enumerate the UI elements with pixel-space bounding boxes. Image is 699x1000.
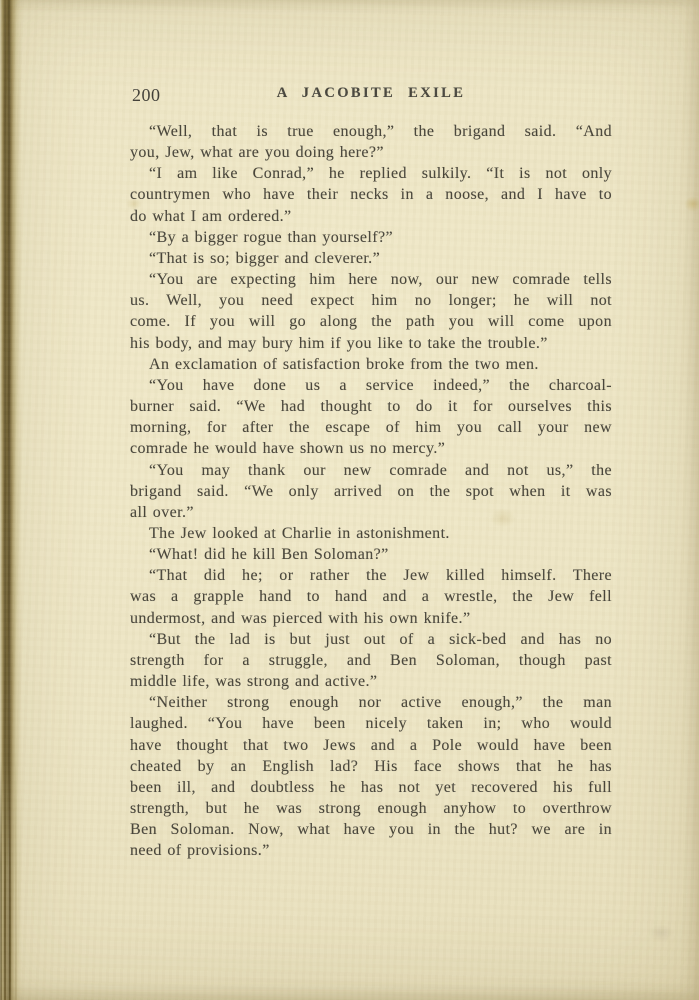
text-line: burner said. “We had thought to do it fo… (130, 396, 612, 417)
paragraph: “You have done us a service indeed,” the… (130, 375, 612, 460)
text-line: you, Jew, what are you doing here?” (130, 142, 612, 163)
text-line: was a grapple hand to hand and a wrestle… (130, 586, 612, 607)
text-line: laughed. “You have been nicely taken in;… (130, 713, 612, 734)
text-line: countrymen who have their necks in a noo… (130, 184, 612, 205)
text-line: “Well, that is true enough,” the brigand… (130, 121, 612, 142)
running-head: 200 A JACOBITE EXILE (130, 85, 612, 102)
paragraph: “Neither strong enough nor active enough… (130, 692, 612, 861)
paper-stain (684, 196, 699, 212)
text-line: “What! did he kill Ben Soloman?” (130, 544, 612, 565)
paragraph: “Well, that is true enough,” the brigand… (130, 121, 612, 163)
text-line: “I am like Conrad,” he replied sulkily. … (130, 163, 612, 184)
text-line: “Neither strong enough nor active enough… (130, 692, 612, 713)
paragraph: “You are expecting him here now, our new… (130, 269, 612, 354)
paragraph: An exclamation of satisfaction broke fro… (130, 354, 612, 375)
text-line: all over.” (130, 502, 612, 523)
text-line: strength, but he was strong enough anyho… (130, 798, 612, 819)
paragraph: “You may thank our new comrade and not u… (130, 460, 612, 523)
paragraph: “By a bigger rogue than yourself?” (130, 227, 612, 248)
paragraph: The Jew looked at Charlie in astonishmen… (130, 523, 612, 544)
page-number: 200 (132, 85, 161, 106)
text-line: “But the lad is but just out of a sick-b… (130, 629, 612, 650)
text-line: middle life, was strong and active.” (130, 671, 612, 692)
text-line: “By a bigger rogue than yourself?” (130, 227, 612, 248)
paragraph: “That is so; bigger and cleverer.” (130, 248, 612, 269)
text-line: An exclamation of satisfaction broke fro… (130, 354, 612, 375)
text-line: need of provisions.” (130, 840, 612, 861)
paper-stain (648, 924, 674, 942)
text-line: cheated by an English lad? His face show… (130, 756, 612, 777)
paragraph: “But the lad is but just out of a sick-b… (130, 629, 612, 692)
paragraph: “I am like Conrad,” he replied sulkily. … (130, 163, 612, 226)
text-line: his body, and may bury him if you like t… (130, 333, 612, 354)
text-line: strength for a struggle, and Ben Soloman… (130, 650, 612, 671)
text-line: “That is so; bigger and cleverer.” (130, 248, 612, 269)
text-line: do what I am ordered.” (130, 206, 612, 227)
text-line: have thought that two Jews and a Pole wo… (130, 735, 612, 756)
text-line: morning, for after the escape of him you… (130, 417, 612, 438)
running-title: A JACOBITE EXILE (130, 85, 612, 102)
book-page-scan: 200 A JACOBITE EXILE “Well, that is true… (0, 0, 699, 1000)
text-line: The Jew looked at Charlie in astonishmen… (130, 523, 612, 544)
text-line: come. If you will go along the path you … (130, 311, 612, 332)
text-line: “You are expecting him here now, our new… (130, 269, 612, 290)
body-text-block: “Well, that is true enough,” the brigand… (130, 121, 612, 861)
text-line: “That did he; or rather the Jew killed h… (130, 565, 612, 586)
text-line: comrade he would have shown us no mercy.… (130, 438, 612, 459)
fanned-page-edges (0, 760, 30, 1000)
text-line: “You have done us a service indeed,” the… (130, 375, 612, 396)
text-line: us. Well, you need expect him no longer;… (130, 290, 612, 311)
paragraph: “What! did he kill Ben Soloman?” (130, 544, 612, 565)
text-line: brigand said. “We only arrived on the sp… (130, 481, 612, 502)
text-line: Ben Soloman. Now, what have you in the h… (130, 819, 612, 840)
text-line: undermost, and was pierced with his own … (130, 608, 612, 629)
text-line: “You may thank our new comrade and not u… (130, 460, 612, 481)
text-line: been ill, and doubtless he has not yet r… (130, 777, 612, 798)
paragraph: “That did he; or rather the Jew killed h… (130, 565, 612, 628)
